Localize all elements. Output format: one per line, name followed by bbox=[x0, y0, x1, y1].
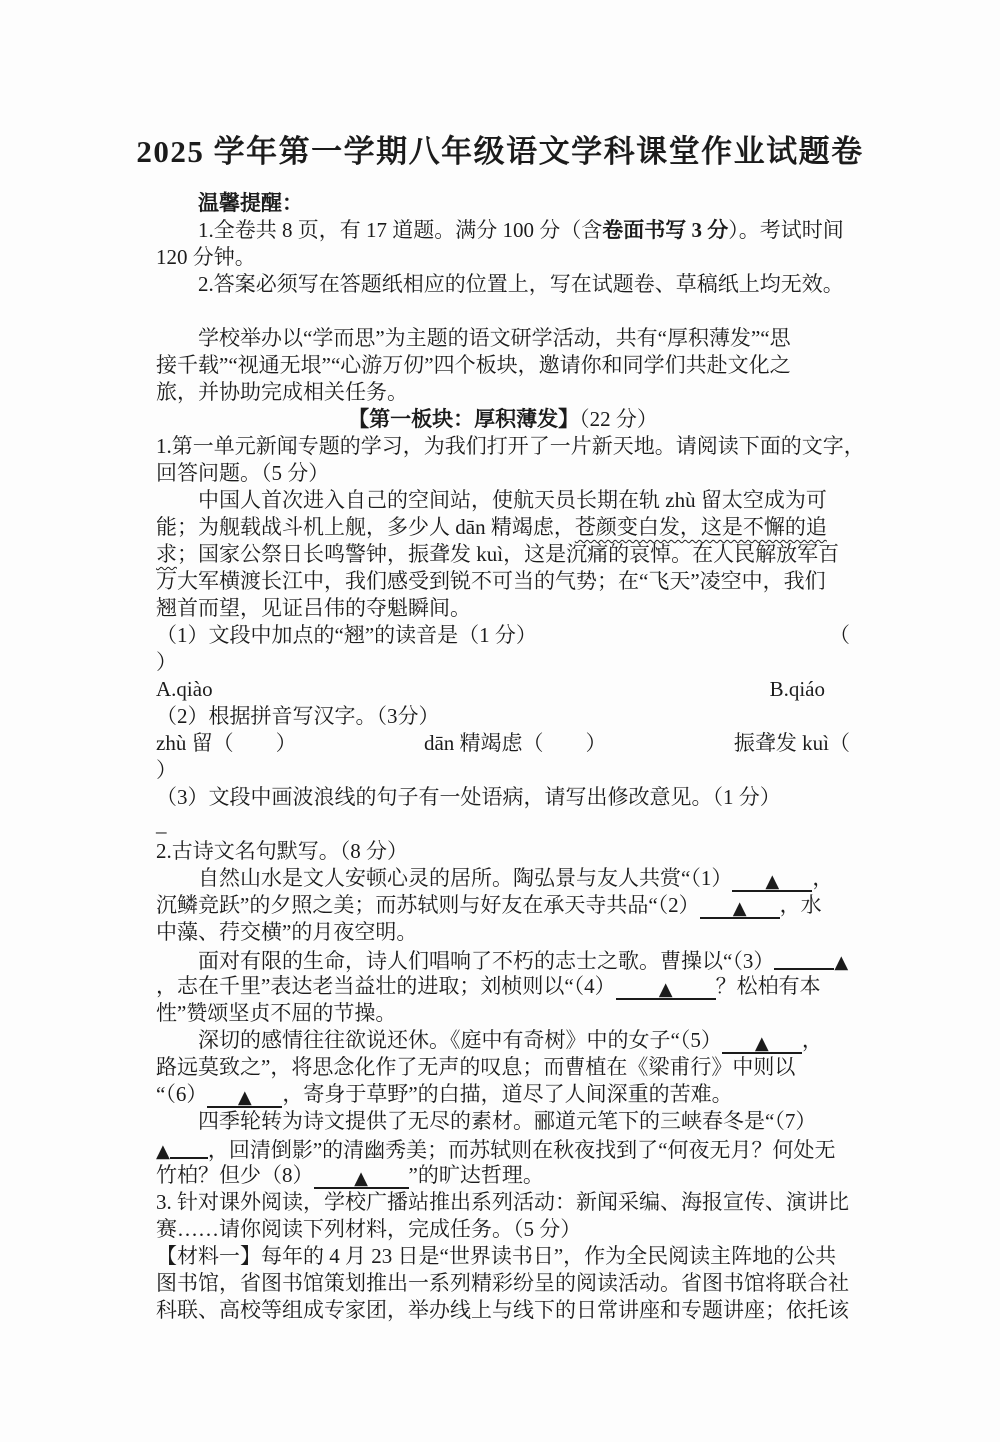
q1-sub3-answer-dash: _ bbox=[156, 811, 850, 838]
q2-para4-line-3: 竹柏？但少（8）▲”的旷达哲理。 bbox=[156, 1162, 850, 1189]
passage-line-5: 翘首而望，见证吕伟的夺魁瞬间。 bbox=[156, 595, 850, 622]
q1-sub3-text: （3）文段中画波浪线的句子有一处语病，请写出修改意见。（1 分） bbox=[156, 785, 781, 809]
q2-para3-line-3: “（6）▲，寄身于草野”的白描，道尽了人间深重的苦难。 bbox=[156, 1081, 850, 1108]
material1-line-2: 图书馆，省图书馆策划推出一系列精彩纷呈的阅读活动。省图书馆将联合社 bbox=[156, 1270, 850, 1297]
q3-line-2-text: 赛……请你阅读下列材料，完成任务。（5 分） bbox=[156, 1217, 581, 1241]
q2-p1l1-tail: ， bbox=[812, 866, 833, 890]
answer-blank-5: ▲ bbox=[722, 1030, 802, 1054]
intro-line-1: 学校举办以“学而思”为主题的语文研学活动，共有“厚积薄发”“思 bbox=[156, 325, 850, 352]
passage-line-2-text: 能；为舰载战斗机上舰，多少人 dān 精竭虑， bbox=[156, 515, 575, 539]
passage-line-4-text: 万大军横渡长江中，我们感受到锐不可当的气势；在“飞天”凌空中，我们 bbox=[156, 569, 826, 593]
q2-p3l3-tail: ，寄身于草野”的白描，道尽了人间深重的苦难。 bbox=[282, 1082, 732, 1106]
section1-header-title: 【第一板块：厚积薄发】 bbox=[348, 407, 579, 431]
section1-header: 【第一板块：厚积薄发】（22 分） bbox=[156, 406, 850, 433]
pinyin-item-1: zhù 留（ ） bbox=[156, 730, 297, 757]
q1-sub2-line: （2）根据拼音写汉字。（3分） bbox=[156, 703, 850, 730]
answer-blank-6: ▲ bbox=[207, 1084, 282, 1108]
q2-para4-line-2: ▲，回清倒影”的清幽秀美；而苏轼则在秋夜找到了“何夜无月？何处无 bbox=[156, 1135, 850, 1162]
q1-stem-line-2: 回答问题。（5 分） bbox=[156, 460, 850, 487]
passage-line-1: 中国人首次进入自己的空间站，使航天员长期在轨 zhù 留太空成为可 bbox=[156, 487, 850, 514]
passage-line-3-text: ；国家公祭日长鸣警钟，振聋发 kuì，这是沉痛的哀悼。在人民解放军百 bbox=[177, 542, 839, 566]
q1-sub1-close-paren-line: ） bbox=[156, 649, 850, 676]
q2-heading-text: 2.古诗文名句默写。（8 分） bbox=[156, 839, 408, 863]
passage-line-3: 求；国家公祭日长鸣警钟，振聋发 kuì，这是沉痛的哀悼。在人民解放军百 bbox=[156, 541, 850, 568]
triangle-marker: ▲ bbox=[659, 979, 673, 1000]
pinyin-item-2: dān 精竭虑（ ） bbox=[424, 730, 607, 757]
q2-p1l3-text: 中藻、荇交横”的月夜空明。 bbox=[156, 920, 417, 944]
q1-sub2-close-paren-line: ） bbox=[156, 757, 850, 784]
intro-line-3-text: 旅，并协助完成相关任务。 bbox=[156, 380, 408, 404]
notice-item-1: 1.全卷共 8 页，有 17 道题。满分 100 分（含卷面书写 3 分）。考试… bbox=[156, 217, 850, 244]
q2-para1-line-3: 中藻、荇交横”的月夜空明。 bbox=[156, 919, 850, 946]
q3-line-1-text: 3. 针对课外阅读，学校广播站推出系列活动：新闻采编、海报宣传、演讲比 bbox=[156, 1190, 849, 1214]
q3-line-2: 赛……请你阅读下列材料，完成任务。（5 分） bbox=[156, 1216, 850, 1243]
pinyin-item-3: 振聋发 kuì（ bbox=[734, 730, 850, 757]
q2-para1-line-1: 自然山水是文人安顿心灵的居所。陶弘景与友人共赏“（1）▲， bbox=[156, 865, 850, 892]
q2-p1l1-text: 自然山水是文人安顿心灵的居所。陶弘景与友人共赏“（1） bbox=[198, 866, 732, 890]
notice-item-2-text: 2.答案必须写在答题纸相应的位置上，写在试题卷、草稿纸上均无效。 bbox=[198, 272, 844, 296]
q2-p4l3-text: 竹柏？但少（8） bbox=[156, 1163, 314, 1187]
q2-para2-line-3: 性”赞颂坚贞不屈的节操。 bbox=[156, 1000, 850, 1027]
answer-blank-8: ▲ bbox=[314, 1165, 409, 1189]
q2-p2l2-tail: ？松柏有本 bbox=[716, 974, 821, 998]
answer-dash: _ bbox=[156, 812, 167, 836]
passage-line-5-text: 翘首而望，见证吕伟的夺魁瞬间。 bbox=[156, 596, 471, 620]
material1-line-3-text: 科联、高校等组成专家团，举办线上与线下的日常讲座和专题讲座；依托该 bbox=[156, 1298, 849, 1322]
notice-heading: 温馨提醒： bbox=[156, 190, 850, 217]
q2-para1-line-2: 沉鳞竞跃”的夕照之美；而苏轼则与好友在承天寺共品“（2）▲，水 bbox=[156, 892, 850, 919]
material1-line-3: 科联、高校等组成专家团，举办线上与线下的日常讲座和专题讲座；依托该 bbox=[156, 1297, 850, 1324]
q1-sub3-line: （3）文段中画波浪线的句子有一处语病，请写出修改意见。（1 分） bbox=[156, 784, 850, 811]
q2-p3l2-text: 路远莫致之”，将思念化作了无声的叹息；而曹植在《梁甫行》中则以 bbox=[156, 1055, 795, 1079]
q2-para3-line-2: 路远莫致之”，将思念化作了无声的叹息；而曹植在《梁甫行》中则以 bbox=[156, 1054, 850, 1081]
q2-para2-line-2: ，志在千里”表达老当益壮的进取；刘桢则以“（4）▲？松柏有本 bbox=[156, 973, 850, 1000]
answer-blank-2: ▲ bbox=[700, 895, 780, 919]
answer-blank-1: ▲ bbox=[732, 868, 812, 892]
q2-para3-line-1: 深切的感情往往欲说还休。《庭中有奇树》中的女子“（5）▲， bbox=[156, 1027, 850, 1054]
triangle-marker: ▲ bbox=[733, 898, 747, 919]
passage-wavy-segment-1: 苍颜变白发，这是不懈的追 bbox=[575, 515, 827, 539]
q2-para4-line-1: 四季轮转为诗文提供了无尽的素材。郦道元笔下的三峡春冬是“（7） bbox=[156, 1108, 850, 1135]
q2-p4l3-tail: ”的旷达哲理。 bbox=[409, 1163, 544, 1187]
document-body: 温馨提醒： 1.全卷共 8 页，有 17 道题。满分 100 分（含卷面书写 3… bbox=[156, 190, 850, 1324]
notice-item-1-cont: 120 分钟。 bbox=[156, 244, 850, 271]
q1-stem-line-2-text: 回答问题。（5 分） bbox=[156, 461, 329, 485]
answer-blank-7 bbox=[170, 1135, 208, 1159]
section1-header-score: （22 分） bbox=[579, 407, 658, 431]
q1-sub2-close-paren: ） bbox=[156, 758, 177, 782]
passage-line-2: 能；为舰载战斗机上舰，多少人 dān 精竭虑，苍颜变白发，这是不懈的追 bbox=[156, 514, 850, 541]
triangle-marker: ▲ bbox=[765, 871, 779, 892]
notice-item-1-post: ）。考试时间 bbox=[728, 218, 844, 242]
triangle-marker: ▲ bbox=[238, 1087, 252, 1108]
answer-blank-4: ▲ bbox=[616, 976, 716, 1000]
page-title: 2025 学年第一学期八年级语文学科课堂作业试题卷 bbox=[0, 126, 1000, 171]
q1-sub1-open-paren: （ bbox=[829, 622, 850, 649]
q3-line-1: 3. 针对课外阅读，学校广播站推出系列活动：新闻采编、海报宣传、演讲比 bbox=[156, 1189, 850, 1216]
passage-line-1-text: 中国人首次进入自己的空间站，使航天员长期在轨 zhù 留太空成为可 bbox=[198, 488, 827, 512]
intro-line-3: 旅，并协助完成相关任务。 bbox=[156, 379, 850, 406]
q1-stem-line-1: 1.第一单元新闻专题的学习，为我们打开了一片新天地。请阅读下面的文字， bbox=[156, 433, 850, 460]
q2-p2l2-text: ，志在千里”表达老当益壮的进取；刘桢则以“（4） bbox=[156, 974, 616, 998]
intro-line-2-text: 接千载”“视通无垠”“心游万仞”四个板块，邀请你和同学们共赴文化之 bbox=[156, 353, 791, 377]
q1-sub1-line: （1）文段中加点的“翘”的读音是（1 分）（ bbox=[156, 622, 850, 649]
passage-wavy-segment-2: 求 bbox=[156, 542, 177, 566]
q1-sub1-options-row: A.qiào B.qiáo bbox=[156, 676, 850, 703]
notice-item-1-cont-text: 120 分钟。 bbox=[156, 245, 256, 269]
q1-stem-line-1-text: 1.第一单元新闻专题的学习，为我们打开了一片新天地。请阅读下面的文字， bbox=[156, 434, 865, 458]
q2-p4l2-tail: ，回清倒影”的清幽秀美；而苏轼则在秋夜找到了“何夜无月？何处无 bbox=[208, 1138, 836, 1162]
intro-line-2: 接千载”“视通无垠”“心游万仞”四个板块，邀请你和同学们共赴文化之 bbox=[156, 352, 850, 379]
notice-item-2: 2.答案必须写在答题纸相应的位置上，写在试题卷、草稿纸上均无效。 bbox=[156, 271, 850, 298]
blank-line bbox=[156, 298, 850, 325]
material1-line-1: 【材料一】每年的 4 月 23 日是“世界读书日”，作为全民阅读主阵地的公共 bbox=[156, 1243, 850, 1270]
triangle-marker: ▲ bbox=[354, 1168, 368, 1189]
q2-p1l2-tail: ，水 bbox=[780, 893, 822, 917]
answer-blank-3 bbox=[774, 946, 834, 970]
q2-para2-line-1: 面对有限的生命，诗人们唱响了不朽的志士之歌。曹操以“（3）▲ bbox=[156, 946, 850, 973]
q2-p2l3-text: 性”赞颂坚贞不屈的节操。 bbox=[156, 1001, 396, 1025]
passage-line-4: 万大军横渡长江中，我们感受到锐不可当的气势；在“飞天”凌空中，我们 bbox=[156, 568, 850, 595]
exam-paper-page: 2025 学年第一学期八年级语文学科课堂作业试题卷 温馨提醒： 1.全卷共 8 … bbox=[0, 0, 1000, 1442]
material1-line-2-text: 图书馆，省图书馆策划推出一系列精彩纷呈的阅读活动。省图书馆将联合社 bbox=[156, 1271, 849, 1295]
q2-p4l1-text: 四季轮转为诗文提供了无尽的素材。郦道元笔下的三峡春冬是“（7） bbox=[198, 1109, 816, 1133]
q1-sub1-close-paren: ） bbox=[156, 650, 177, 674]
intro-line-1-text: 学校举办以“学而思”为主题的语文研学活动，共有“厚积薄发”“思 bbox=[198, 326, 791, 350]
q2-p3l3-text: “（6） bbox=[156, 1082, 207, 1106]
q2-p3l1-text: 深切的感情往往欲说还休。《庭中有奇树》中的女子“（5） bbox=[198, 1028, 722, 1052]
material1-line-1-text: 【材料一】每年的 4 月 23 日是“世界读书日”，作为全民阅读主阵地的公共 bbox=[156, 1244, 836, 1268]
option-b: B.qiáo bbox=[770, 676, 825, 703]
notice-heading-text: 温馨提醒： bbox=[198, 191, 303, 215]
q1-sub2-text: （2）根据拼音写汉字。（3分） bbox=[156, 704, 440, 728]
notice-item-1-pre: 1.全卷共 8 页，有 17 道题。满分 100 分（含 bbox=[198, 218, 602, 242]
q2-p2l1-text: 面对有限的生命，诗人们唱响了不朽的志士之歌。曹操以“（3） bbox=[198, 949, 774, 973]
q2-p1l2-text: 沉鳞竞跃”的夕照之美；而苏轼则与好友在承天寺共品“（2） bbox=[156, 893, 700, 917]
triangle-marker: ▲ bbox=[755, 1033, 769, 1054]
option-a: A.qiào bbox=[156, 676, 213, 703]
q2-heading: 2.古诗文名句默写。（8 分） bbox=[156, 838, 850, 865]
q2-p3l1-tail: ， bbox=[802, 1028, 823, 1052]
notice-item-1-bold: 卷面书写 3 分 bbox=[602, 218, 728, 242]
q1-sub2-pinyin-row: zhù 留（ ） dān 精竭虑（ ） 振聋发 kuì（ bbox=[156, 730, 850, 757]
q1-sub1-text: （1）文段中加点的“翘”的读音是（1 分） bbox=[156, 622, 537, 649]
triangle-marker: ▲ bbox=[834, 952, 848, 973]
triangle-marker: ▲ bbox=[156, 1141, 170, 1162]
